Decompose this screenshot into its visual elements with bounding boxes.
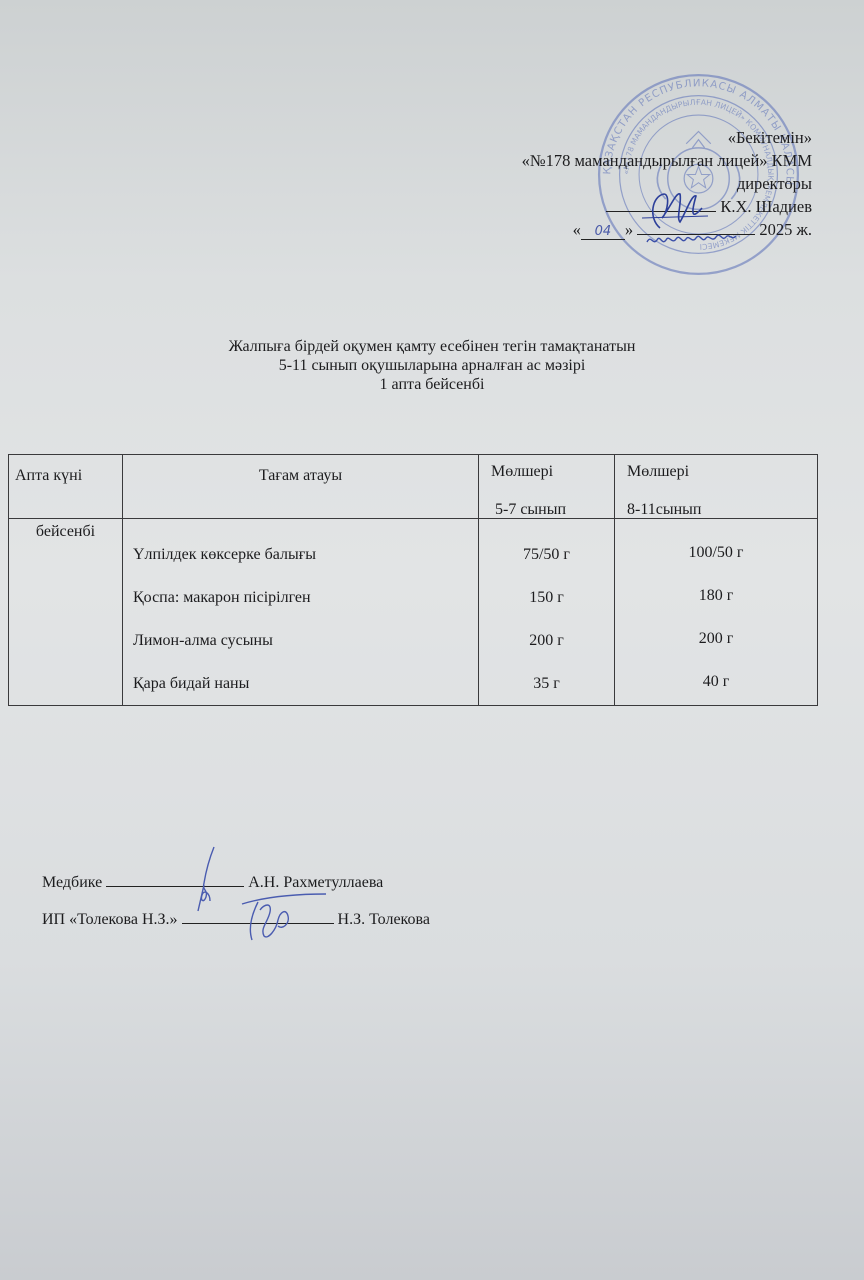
supplier-name: Н.З. Толекова bbox=[338, 911, 430, 928]
dish-cell: Үлпілдек көксерке балығы Қоспа: макарон … bbox=[123, 519, 479, 706]
dish-name: Үлпілдек көксерке балығы bbox=[123, 533, 478, 576]
header-day: Апта күні bbox=[9, 455, 123, 519]
title-line-1: Жалпыға бірдей оқумен қамту есебінен тег… bbox=[0, 337, 864, 356]
dish-name: Қара бидай наны bbox=[123, 662, 478, 705]
supplier-role: ИП «Толекова Н.З.» bbox=[42, 911, 178, 928]
qty-5-7-value: 200 г bbox=[479, 619, 614, 662]
qty-8-11-value: 180 г bbox=[615, 576, 817, 619]
supplier-signature-line: ИП «Толекова Н.З.» Н.З. Толекова bbox=[42, 909, 430, 929]
handwritten-month-icon bbox=[643, 230, 755, 246]
title-line-3: 1 апта бейсенбі bbox=[0, 375, 864, 394]
menu-table: Апта күні Тағам атауы Мөлшері 5-7 сынып … bbox=[8, 454, 818, 706]
qty-5-7-value: 75/50 г bbox=[479, 533, 614, 576]
nurse-signature-icon bbox=[192, 845, 222, 915]
title-line-2: 5-11 сынып оқушыларына арналған ас мәзір… bbox=[0, 356, 864, 375]
nurse-signature-blank bbox=[106, 872, 244, 887]
header-qty-5-7: Мөлшері 5-7 сынып bbox=[479, 455, 615, 519]
qty-8-11-value: 100/50 г bbox=[615, 533, 817, 576]
header-qty-8-11: Мөлшері8-11сынып bbox=[615, 455, 818, 519]
nurse-role: Медбике bbox=[42, 874, 102, 891]
nurse-name: А.Н. Рахметуллаева bbox=[248, 874, 383, 891]
header-dish: Тағам атауы bbox=[123, 455, 479, 519]
director-signature-icon bbox=[640, 188, 710, 232]
qty-5-7-cell: 75/50 г 150 г 200 г 35 г bbox=[479, 519, 615, 706]
document-page: ҚАЗАҚСТАН РЕСПУБЛИКАСЫ АЛМАТЫ ҚАЛАСЫ «№1… bbox=[0, 0, 864, 1280]
qty-5-7-value: 35 г bbox=[479, 662, 614, 705]
qty-8-11-value: 200 г bbox=[615, 619, 817, 662]
date-day: 04 bbox=[581, 225, 625, 240]
supplier-signature-icon bbox=[238, 890, 328, 948]
qty-5-7-value: 150 г bbox=[479, 576, 614, 619]
table-header-row: Апта күні Тағам атауы Мөлшері 5-7 сынып … bbox=[9, 455, 818, 519]
qty-8-11-value: 40 г bbox=[615, 662, 817, 705]
approval-organization: «№178 мамандандырылған лицей» КММ bbox=[522, 149, 812, 172]
table-row: бейсенбі Үлпілдек көксерке балығы Қоспа:… bbox=[9, 519, 818, 706]
approval-heading: «Бекітемін» bbox=[522, 126, 812, 149]
qty-8-11-cell: 100/50 г 180 г 200 г 40 г bbox=[615, 519, 818, 706]
dish-name: Қоспа: макарон пісірілген bbox=[123, 576, 478, 619]
menu-title: Жалпыға бірдей оқумен қамту есебінен тег… bbox=[0, 337, 864, 394]
approval-signatory: К.Х. Шадиев bbox=[720, 197, 812, 216]
dish-name: Лимон-алма сусыны bbox=[123, 619, 478, 662]
day-cell: бейсенбі bbox=[9, 519, 123, 706]
date-year: 2025 ж. bbox=[759, 220, 812, 239]
